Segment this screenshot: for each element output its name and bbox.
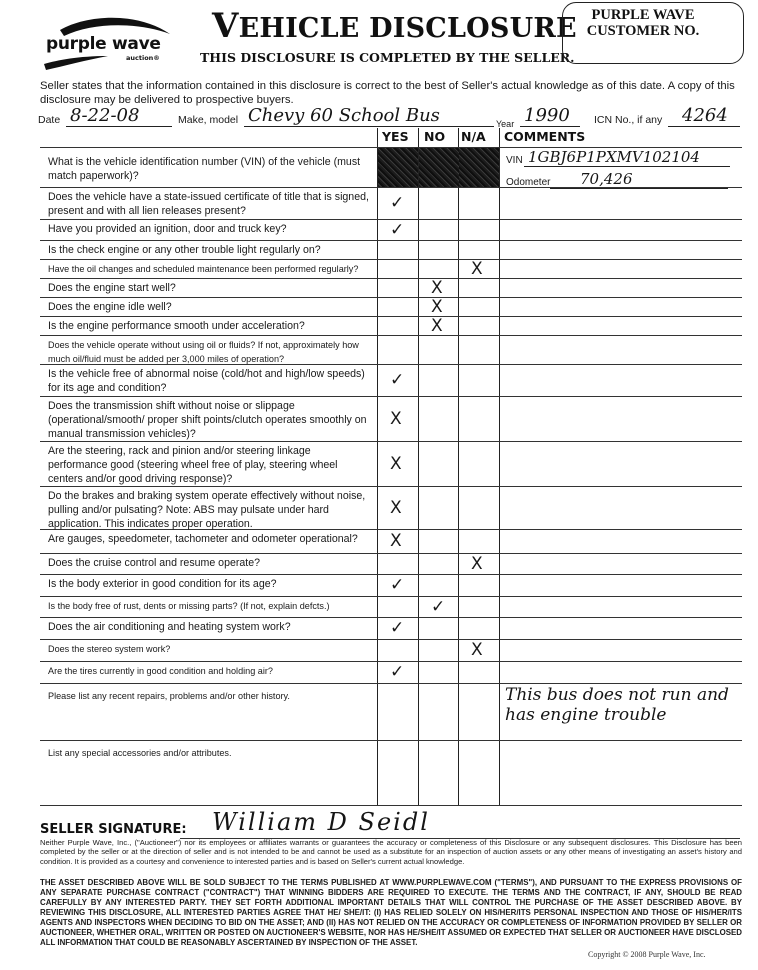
make-model-field[interactable]: Chevy 60 School Bus <box>244 104 494 127</box>
checkmark-icon: ✓ <box>431 599 445 616</box>
answer-no-cell[interactable] <box>419 487 459 529</box>
question-text: Is the body exterior in good condition f… <box>48 577 373 591</box>
answer-no-cell[interactable] <box>419 662 459 683</box>
intro-statement: Seller states that the information conta… <box>40 80 750 107</box>
answer-na-cell[interactable]: X <box>459 554 499 574</box>
answer-yes-cell[interactable]: X <box>378 442 418 486</box>
answer-no-cell[interactable] <box>419 640 459 661</box>
answer-na-cell[interactable] <box>459 442 499 486</box>
answer-na-cell[interactable] <box>459 684 499 740</box>
answer-no-cell <box>419 148 459 187</box>
answer-na-cell <box>459 148 499 187</box>
question-text: Does the engine start well? <box>48 281 373 295</box>
x-mark-icon: X <box>390 533 402 550</box>
disclaimer-text: Neither Purple Wave, Inc., ("Auctioneer"… <box>40 838 742 866</box>
customer-number-label: PURPLE WAVE CUSTOMER NO. <box>563 7 723 39</box>
answer-no-cell[interactable] <box>419 188 459 219</box>
disclosure-table: YES NO N/A COMMENTS VIN 1GBJ6P1PXMV10210… <box>40 128 742 808</box>
answer-yes-cell[interactable]: ✓ <box>378 662 418 683</box>
answer-yes-cell[interactable] <box>378 741 418 805</box>
checkmark-icon: ✓ <box>390 664 404 681</box>
page-subtitle: THIS DISCLOSURE IS COMPLETED BY THE SELL… <box>200 50 575 65</box>
checkmark-icon: ✓ <box>390 195 404 212</box>
date-label: Date <box>38 114 60 126</box>
answer-yes-cell[interactable]: X <box>378 530 418 553</box>
question-text: What is the vehicle identification numbe… <box>48 155 373 183</box>
question-text: Please list any recent repairs, problems… <box>48 689 373 703</box>
answer-no-cell[interactable] <box>419 530 459 553</box>
answer-yes-cell[interactable] <box>378 336 418 364</box>
question-text: Are the tires currently in good conditio… <box>48 664 373 678</box>
table-row: Does the vehicle have a state-issued cer… <box>40 187 742 219</box>
vehicle-info-row: Date 8-22-08 Make, model Chevy 60 School… <box>38 104 748 130</box>
date-field[interactable]: 8-22-08 <box>66 104 172 127</box>
question-text: Does the vehicle have a state-issued cer… <box>48 190 373 218</box>
x-mark-icon: X <box>431 280 443 297</box>
comment-text[interactable]: This bus does not run and has engine tro… <box>505 685 745 725</box>
answer-yes-cell[interactable] <box>378 298 418 316</box>
answer-na-cell[interactable] <box>459 298 499 316</box>
seller-signature-label: SELLER SIGNATURE: <box>40 822 187 837</box>
col-yes: YES <box>382 128 409 146</box>
answer-yes-cell[interactable]: ✓ <box>378 618 418 639</box>
question-text: Have the oil changes and scheduled maint… <box>48 262 373 276</box>
answer-no-cell[interactable] <box>419 554 459 574</box>
answer-no-cell[interactable]: X <box>419 298 459 316</box>
answer-na-cell[interactable]: X <box>459 260 499 278</box>
answer-yes-cell[interactable] <box>378 241 418 259</box>
table-row: Are the tires currently in good conditio… <box>40 661 742 683</box>
answer-yes-cell[interactable]: ✓ <box>378 365 418 396</box>
answer-na-cell[interactable] <box>459 487 499 529</box>
icn-field[interactable]: 4264 <box>668 104 740 127</box>
answer-yes-cell[interactable] <box>378 640 418 661</box>
answer-no-cell[interactable] <box>419 365 459 396</box>
answer-na-cell[interactable] <box>459 618 499 639</box>
answer-no-cell[interactable] <box>419 741 459 805</box>
answer-no-cell[interactable] <box>419 575 459 596</box>
x-mark-icon: X <box>431 299 443 316</box>
checkmark-icon: ✓ <box>390 577 404 594</box>
checkmark-icon: ✓ <box>390 372 404 389</box>
answer-yes-cell[interactable]: X <box>378 487 418 529</box>
question-text: Does the engine idle well? <box>48 300 373 314</box>
answer-na-cell[interactable] <box>459 220 499 240</box>
col-na: N/A <box>461 128 486 146</box>
question-text: Is the check engine or any other trouble… <box>48 243 373 257</box>
customer-number-box[interactable]: PURPLE WAVE CUSTOMER NO. <box>562 2 744 64</box>
table-row: Have the oil changes and scheduled maint… <box>40 259 742 278</box>
answer-na-cell[interactable] <box>459 530 499 553</box>
question-text: Does the air conditioning and heating sy… <box>48 620 373 634</box>
table-row: List any special accessories and/or attr… <box>40 740 742 805</box>
table-row: Please list any recent repairs, problems… <box>40 683 742 740</box>
answer-no-cell[interactable] <box>419 442 459 486</box>
table-row: Is the body free of rust, dents or missi… <box>40 596 742 617</box>
answer-na-cell[interactable]: X <box>459 640 499 661</box>
answer-yes-cell[interactable]: ✓ <box>378 220 418 240</box>
table-row: Do the brakes and braking system operate… <box>40 486 742 529</box>
logo-sub: auction® <box>126 54 160 62</box>
answer-no-cell[interactable] <box>419 336 459 364</box>
question-text: Are the steering, rack and pinion and/or… <box>48 444 373 486</box>
question-text: Are gauges, speedometer, tachometer and … <box>48 532 373 546</box>
x-mark-icon: X <box>390 456 402 473</box>
table-row: Does the engine start well?X <box>40 278 742 297</box>
table-row: Does the air conditioning and heating sy… <box>40 617 742 639</box>
question-text: Is the engine performance smooth under a… <box>48 319 373 333</box>
table-row: Are the steering, rack and pinion and/or… <box>40 441 742 486</box>
answer-no-cell[interactable]: X <box>419 317 459 335</box>
answer-yes-cell[interactable] <box>378 260 418 278</box>
answer-yes-cell[interactable]: ✓ <box>378 188 418 219</box>
answer-na-cell[interactable] <box>459 336 499 364</box>
logo-brand: purple wave <box>46 34 161 54</box>
answer-yes-cell[interactable] <box>378 279 418 297</box>
question-text: Have you provided an ignition, door and … <box>48 222 373 236</box>
col-no: NO <box>424 128 445 146</box>
table-row: Is the engine performance smooth under a… <box>40 316 742 335</box>
question-text: Do the brakes and braking system operate… <box>48 489 373 531</box>
checkmark-icon: ✓ <box>390 620 404 637</box>
answer-no-cell[interactable] <box>419 260 459 278</box>
x-mark-icon: X <box>431 318 443 335</box>
table-row: Is the vehicle free of abnormal noise (c… <box>40 364 742 396</box>
purple-wave-logo: purple wave auction® <box>38 12 178 72</box>
table-row: Does the stereo system work?X <box>40 639 742 661</box>
question-text: Does the vehicle operate without using o… <box>48 338 373 366</box>
table-row: Are gauges, speedometer, tachometer and … <box>40 529 742 553</box>
page-title: VEHICLE DISCLOSURE <box>212 6 577 46</box>
answer-yes-cell[interactable] <box>378 554 418 574</box>
table-row: Is the body exterior in good condition f… <box>40 574 742 596</box>
x-mark-icon: X <box>471 642 483 659</box>
checkmark-icon: ✓ <box>390 222 404 239</box>
answer-no-cell[interactable] <box>419 618 459 639</box>
answer-na-cell[interactable] <box>459 188 499 219</box>
table-row: Does the cruise control and resume opera… <box>40 553 742 574</box>
answer-no-cell[interactable] <box>419 397 459 441</box>
table-row: Have you provided an ignition, door and … <box>40 219 742 240</box>
question-text: Does the transmission shift without nois… <box>48 399 373 441</box>
question-text: Does the stereo system work? <box>48 642 373 656</box>
answer-yes-cell[interactable] <box>378 684 418 740</box>
table-row: What is the vehicle identification numbe… <box>40 147 742 187</box>
terms-text: THE ASSET DESCRIBED ABOVE WILL BE SOLD S… <box>40 878 742 948</box>
icn-label: ICN No., if any <box>594 114 662 126</box>
answer-na-cell[interactable] <box>459 662 499 683</box>
question-text: Is the vehicle free of abnormal noise (c… <box>48 367 373 395</box>
answer-na-cell[interactable] <box>459 241 499 259</box>
question-text: Does the cruise control and resume opera… <box>48 556 373 570</box>
answer-no-cell[interactable] <box>419 241 459 259</box>
answer-na-cell[interactable] <box>459 317 499 335</box>
x-mark-icon: X <box>471 556 483 573</box>
answer-na-cell[interactable] <box>459 279 499 297</box>
answer-no-cell[interactable]: X <box>419 279 459 297</box>
answer-na-cell[interactable] <box>459 597 499 617</box>
answer-na-cell[interactable] <box>459 575 499 596</box>
x-mark-icon: X <box>471 261 483 278</box>
x-mark-icon: X <box>390 411 402 428</box>
answer-no-cell[interactable] <box>419 684 459 740</box>
answer-na-cell[interactable] <box>459 741 499 805</box>
answer-no-cell[interactable]: ✓ <box>419 597 459 617</box>
question-text: List any special accessories and/or attr… <box>48 746 373 760</box>
answer-yes-cell[interactable]: ✓ <box>378 575 418 596</box>
copyright: Copyright © 2008 Purple Wave, Inc. <box>588 950 706 959</box>
question-text: Is the body free of rust, dents or missi… <box>48 599 373 613</box>
answer-no-cell[interactable] <box>419 220 459 240</box>
answer-na-cell[interactable] <box>459 397 499 441</box>
x-mark-icon: X <box>390 500 402 517</box>
table-row: Does the transmission shift without nois… <box>40 396 742 441</box>
table-row: Does the vehicle operate without using o… <box>40 335 742 364</box>
answer-yes-cell[interactable]: X <box>378 397 418 441</box>
year-field[interactable]: 1990 <box>520 104 580 127</box>
table-row: Is the check engine or any other trouble… <box>40 240 742 259</box>
answer-na-cell[interactable] <box>459 365 499 396</box>
make-model-label: Make, model <box>178 114 238 126</box>
answer-yes-cell <box>378 148 418 187</box>
answer-yes-cell[interactable] <box>378 597 418 617</box>
seller-signature[interactable]: William D Seidl <box>212 808 430 836</box>
answer-yes-cell[interactable] <box>378 317 418 335</box>
table-row: Does the engine idle well?X <box>40 297 742 316</box>
row-divider <box>40 805 742 806</box>
